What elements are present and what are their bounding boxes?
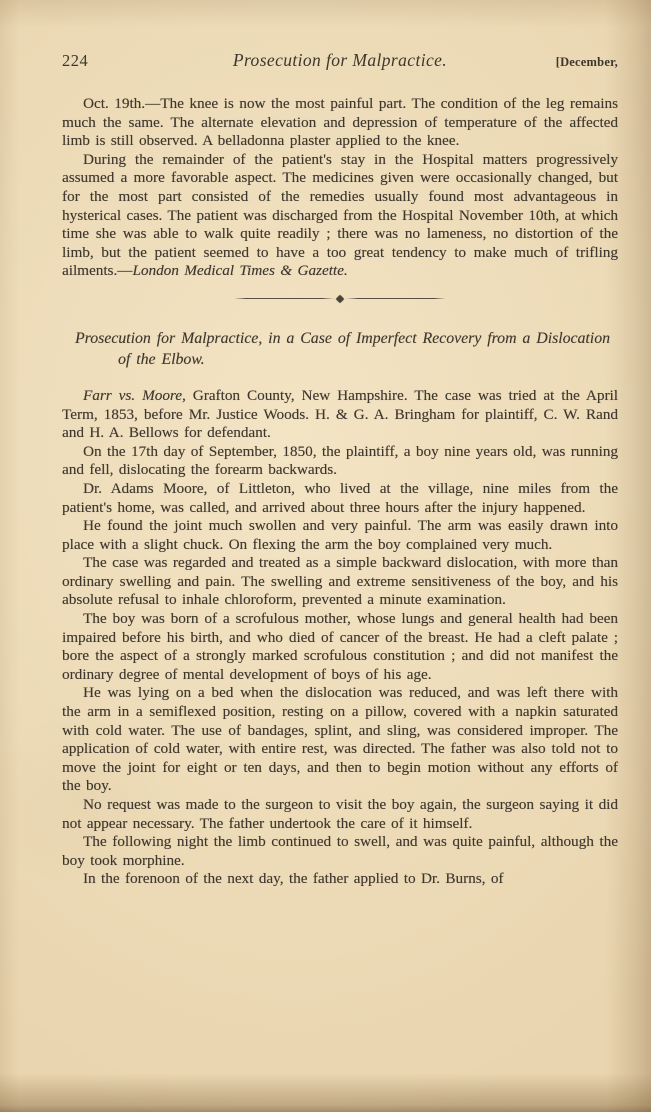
paragraph: Oct. 19th.—The knee is now the most pain… (62, 95, 618, 151)
paragraph: He was lying on a bed when the dislocati… (62, 684, 618, 796)
divider-rule-left (234, 298, 334, 299)
section-heading: Prosecution for Malpractice, in a Case o… (62, 328, 618, 370)
paragraph: Farr vs. Moore, Grafton County, New Hamp… (62, 387, 618, 443)
paragraph: The following night the limb continued t… (62, 833, 618, 870)
paragraph: Dr. Adams Moore, of Littleton, who lived… (62, 480, 618, 517)
divider-rule-right (346, 298, 446, 299)
article-previous-case: Oct. 19th.—The knee is now the most pain… (62, 95, 618, 281)
paragraph: He found the joint much swollen and very… (62, 517, 618, 554)
running-head: 224 Prosecution for Malpractice. [Decemb… (62, 50, 618, 71)
issue-date: [December, (548, 55, 618, 70)
running-title: Prosecution for Malpractice. (132, 50, 548, 71)
divider-diamond-icon (336, 295, 344, 303)
paragraph: No request was made to the surgeon to vi… (62, 796, 618, 833)
paragraph: The boy was born of a scrofulous mother,… (62, 610, 618, 684)
paragraph: In the forenoon of the next day, the fat… (62, 870, 618, 889)
article-case-report: Farr vs. Moore, Grafton County, New Hamp… (62, 387, 618, 889)
paragraph: The case was regarded and treated as a s… (62, 554, 618, 610)
paragraph: During the remainder of the patient's st… (62, 151, 618, 281)
page-number: 224 (62, 51, 132, 71)
section-divider (234, 296, 446, 302)
scanned-book-page: 224 Prosecution for Malpractice. [Decemb… (0, 0, 651, 1112)
paragraph: On the 17th day of September, 1850, the … (62, 443, 618, 480)
